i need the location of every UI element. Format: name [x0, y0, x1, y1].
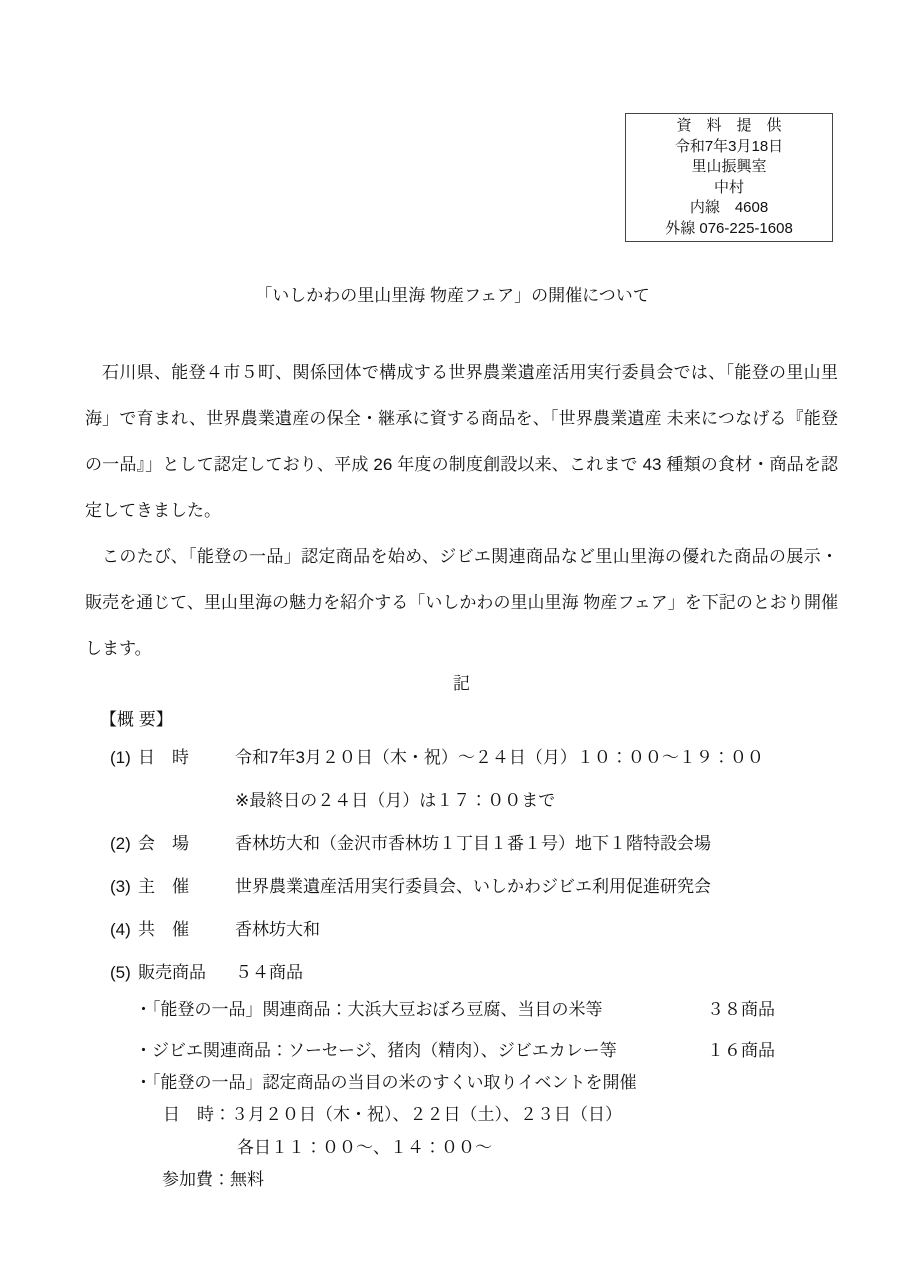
overview-item-datetime-note: ※最終日の２４日（月）は１７：００まで: [235, 789, 905, 813]
overview-heading: 【概 要】: [100, 708, 905, 732]
event-fee-label: 参加費：: [162, 1170, 230, 1189]
item-value: 香林坊大和（金沢市香林坊１丁目１番１号）地下１階特設会場: [235, 832, 905, 856]
item-value: 世界農業遺産活用実行委員会、いしかわジビエ利用促進研究会: [235, 875, 905, 899]
event-fee-value: 無料: [230, 1170, 264, 1189]
item-label: 日 時: [138, 746, 235, 770]
overview-item-venue: (2) 会 場 香林坊大和（金沢市香林坊１丁目１番１号）地下１階特設会場: [110, 832, 905, 856]
record-marker: 記: [85, 672, 838, 696]
event-datetime-value: ３月２０日（木・祝）、２２日（土）、２３日（日）: [231, 1105, 622, 1124]
product-line-gibier-items: ・ジビエ関連商品：ソーセージ、猪肉（精肉）、ジビエカレー等 １６商品: [135, 1039, 775, 1063]
info-box-title: 資 料 提 供: [626, 116, 832, 137]
item-value: 香林坊大和: [235, 918, 905, 942]
body-text: 石川県、能登４市５町、関係団体で構成する世界農業遺産活用実行委員会では、「能登の…: [85, 350, 838, 672]
product-count: ３８商品: [707, 998, 775, 1022]
item-number: (1): [110, 746, 138, 770]
press-release-info-box: 資 料 提 供 令和7年3月18日 里山振興室 中村 内線 4608 外線 07…: [625, 113, 833, 242]
item-value: ５４商品: [235, 961, 905, 985]
product-text: ・ジビエ関連商品：ソーセージ、猪肉（精肉）、ジビエカレー等: [135, 1039, 617, 1063]
info-box-date: 令和7年3月18日: [626, 137, 832, 158]
overview-item-organizer: (3) 主 催 世界農業遺産活用実行委員会、いしかわジビエ利用促進研究会: [110, 875, 905, 899]
item-label: 主 催: [138, 875, 235, 899]
event-datetime-line: 日 時：３月２０日（木・祝）、２２日（土）、２３日（日）: [163, 1103, 905, 1127]
info-box-department: 里山振興室: [626, 157, 832, 178]
overview-item-cohost: (4) 共 催 香林坊大和: [110, 918, 905, 942]
paragraph-1: 石川県、能登４市５町、関係団体で構成する世界農業遺産活用実行委員会では、「能登の…: [85, 350, 838, 534]
item-number: (2): [110, 832, 138, 856]
item-label: 販売商品: [138, 961, 235, 985]
product-line-noto-items: ・「能登の一品」関連商品：大浜大豆おぼろ豆腐、当目の米等 ３８商品: [135, 998, 775, 1022]
event-heading: ・「能登の一品」認定商品の当目の米のすくい取りイベントを開催: [135, 1071, 905, 1095]
event-datetime-label: 日 時：: [163, 1105, 231, 1124]
item-number: (3): [110, 875, 138, 899]
product-count: １６商品: [707, 1039, 775, 1063]
item-number: (5): [110, 961, 138, 985]
item-label: 共 催: [138, 918, 235, 942]
info-box-contact-name: 中村: [626, 178, 832, 199]
document-page: 資 料 提 供 令和7年3月18日 里山振興室 中村 内線 4608 外線 07…: [0, 0, 905, 1280]
item-label: 会 場: [138, 832, 235, 856]
overview-item-products: (5) 販売商品 ５４商品: [110, 961, 905, 985]
paragraph-2: このたび、「能登の一品」認定商品を始め、ジビエ関連商品など里山里海の優れた商品の…: [85, 534, 838, 672]
event-fee-line: 参加費：無料: [162, 1168, 905, 1192]
product-text: ・「能登の一品」関連商品：大浜大豆おぼろ豆腐、当目の米等: [135, 998, 603, 1022]
overview-item-datetime: (1) 日 時 令和7年3月２０日（木・祝）～２４日（月）１０：００～１９：００: [110, 746, 905, 770]
info-box-phone: 外線 076-225-1608: [626, 219, 832, 240]
event-times-line: 各日１１：００～、１４：００～: [237, 1136, 905, 1160]
item-value: 令和7年3月２０日（木・祝）～２４日（月）１０：００～１９：００: [235, 746, 905, 770]
info-box-extension: 内線 4608: [626, 198, 832, 219]
item-number: (4): [110, 918, 138, 942]
